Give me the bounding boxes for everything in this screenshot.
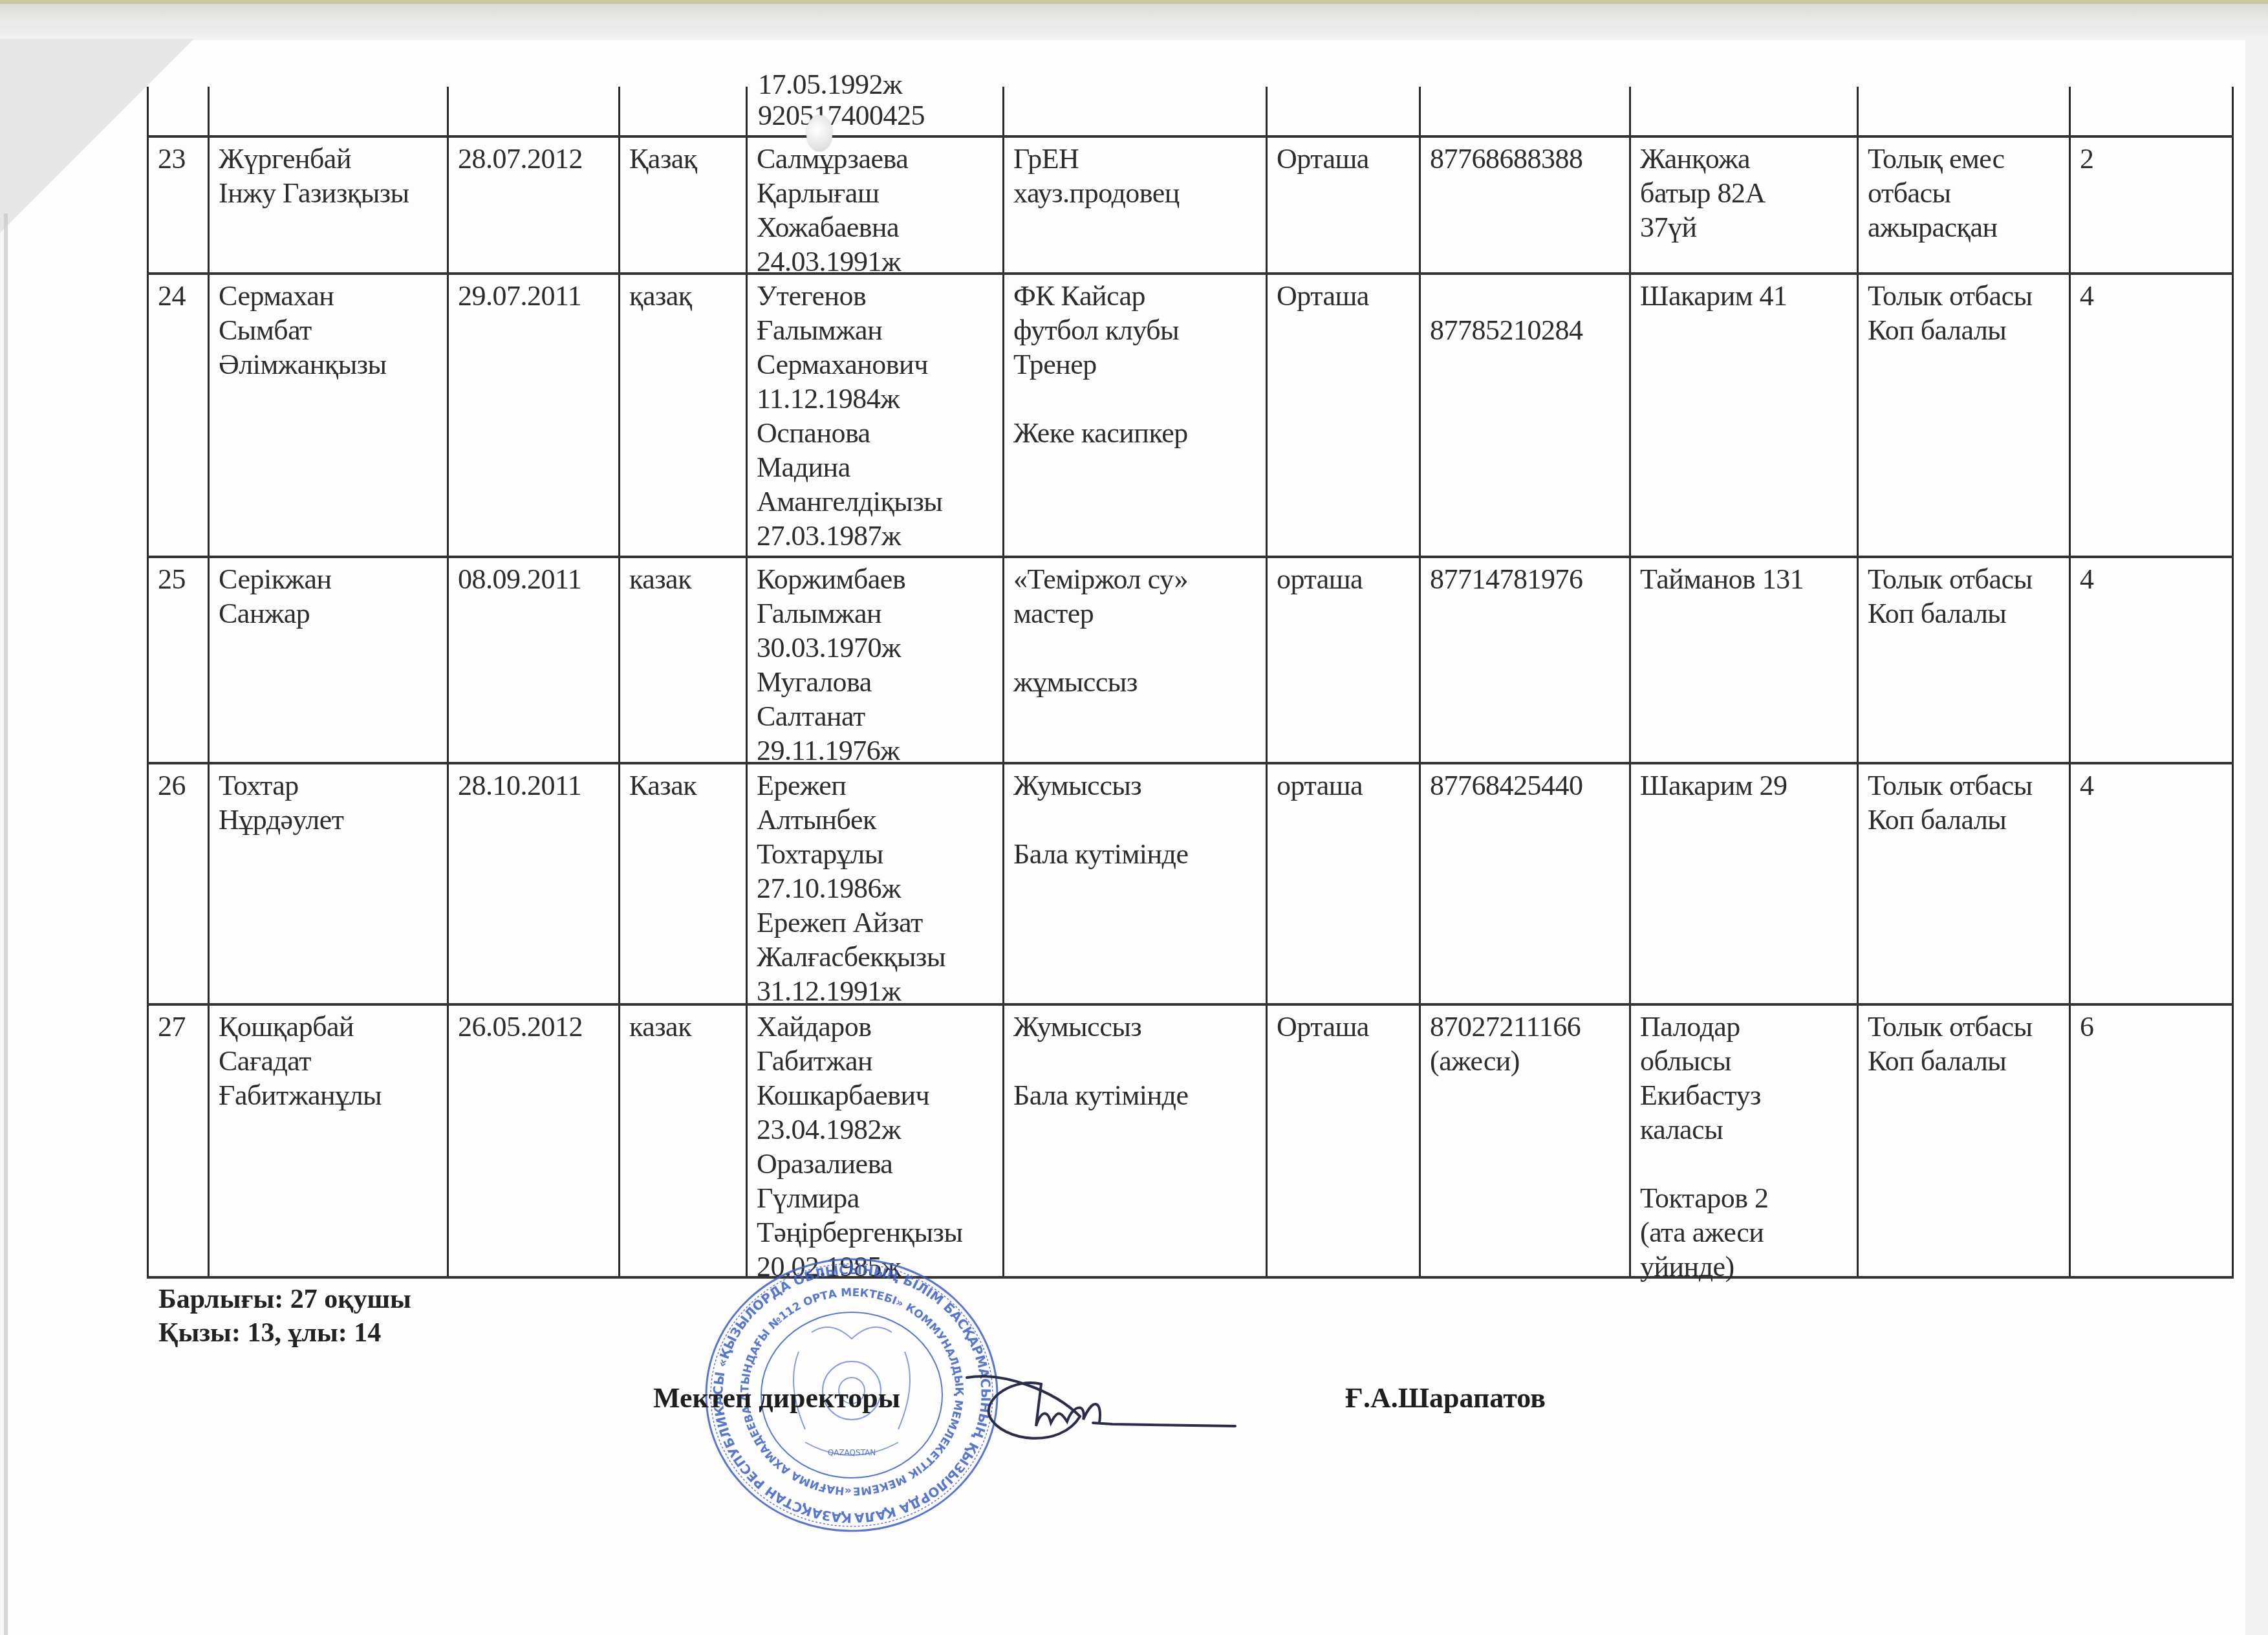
- birth-date: 28.10.2011: [458, 768, 615, 803]
- partial-row-parent-iin: 920517400425: [758, 98, 925, 133]
- column-border: [1419, 87, 1421, 1279]
- education: Орташа: [1277, 279, 1416, 313]
- nationality: Қазақ: [629, 142, 742, 176]
- phone: 87768688388: [1430, 142, 1626, 176]
- parents-work: «Теміржол су» мастер жұмыссыз: [1013, 562, 1262, 699]
- children-count: 4: [2080, 768, 2229, 803]
- total-students: Барлығы: 27 оқушы: [158, 1283, 411, 1316]
- nationality: қазақ: [629, 279, 742, 313]
- education: Орташа: [1277, 142, 1416, 176]
- student-name: Тохтар Нұрдәулет: [219, 768, 444, 837]
- director-label: Мектеп директоры: [653, 1381, 900, 1414]
- phone: 87785210284: [1430, 279, 1626, 347]
- student-name: Серікжан Санжар: [219, 562, 444, 631]
- signature-icon: [964, 1365, 1261, 1449]
- parents-work: Жумыссыз Бала кутімінде: [1013, 1010, 1262, 1112]
- birth-date: 08.09.2011: [458, 562, 615, 596]
- column-border: [147, 87, 149, 1279]
- education: орташа: [1277, 768, 1416, 803]
- column-border: [1002, 87, 1004, 1279]
- column-border: [2232, 87, 2234, 1279]
- student-name: Сермахан Сымбат Әлімжанқызы: [219, 279, 444, 382]
- student-name: Жүргенбай Інжу Газизқызы: [219, 142, 444, 210]
- column-border: [447, 87, 449, 1279]
- address: Палодар облысы Екибастуз каласы Токтаров…: [1640, 1010, 1853, 1284]
- row-border: [147, 556, 2234, 558]
- column-border: [1266, 87, 1268, 1279]
- phone: 87714781976: [1430, 562, 1626, 596]
- phone: 87027211166 (ажеси): [1430, 1010, 1626, 1078]
- row-number: 25: [158, 562, 204, 596]
- children-count: 2: [2080, 142, 2229, 176]
- birth-date: 28.07.2012: [458, 142, 615, 176]
- row-border: [147, 762, 2234, 764]
- parents: Салмұрзаева Қарлығаш Хожабаевна 24.03.19…: [757, 142, 999, 279]
- birth-date: 26.05.2012: [458, 1010, 615, 1044]
- row-number: 27: [158, 1010, 204, 1044]
- family-status: Толык отбасы Коп балалы: [1868, 1010, 2066, 1078]
- address: Жанқожа батыр 82А 37үй: [1640, 142, 1853, 244]
- parents-work: Жумыссыз Бала кутімінде: [1013, 768, 1262, 871]
- column-border: [208, 87, 210, 1279]
- row-number: 23: [158, 142, 204, 176]
- address: Шакарим 29: [1640, 768, 1853, 803]
- education: орташа: [1277, 562, 1416, 596]
- parents: Утегенов Ғалымжан Сермаханович 11.12.198…: [757, 279, 999, 553]
- director-name: Ғ.А.Шарапатов: [1345, 1381, 1546, 1414]
- parents-work: ГрЕН хауз.продовец: [1013, 142, 1262, 210]
- row-border: [147, 272, 2234, 275]
- nationality: казак: [629, 562, 742, 596]
- education: Орташа: [1277, 1010, 1416, 1044]
- column-border: [618, 87, 620, 1279]
- gender-breakdown: Қызы: 13, ұлы: 14: [158, 1317, 381, 1349]
- column-border: [746, 87, 748, 1279]
- parents-work: ФК Кайсар футбол клубы Тренер Жеке касип…: [1013, 279, 1262, 450]
- row-border: [147, 1003, 2234, 1006]
- row-border: [147, 135, 2234, 138]
- column-border: [2069, 87, 2071, 1279]
- children-count: 4: [2080, 562, 2229, 596]
- parents: Коржимбаев Галымжан 30.03.1970ж Мугалова…: [757, 562, 999, 768]
- parents: Ережеп Алтынбек Тохтарұлы 27.10.1986ж Ер…: [757, 768, 999, 1008]
- row-border: [147, 1276, 2234, 1279]
- family-status: Толык отбасы Коп балалы: [1868, 279, 2066, 347]
- parents: Хайдаров Габитжан Кошкарбаевич 23.04.198…: [757, 1010, 999, 1284]
- row-number: 26: [158, 768, 204, 803]
- phone: 87768425440: [1430, 768, 1626, 803]
- address: Шакарим 41: [1640, 279, 1853, 313]
- nationality: Казак: [629, 768, 742, 803]
- address: Тайманов 131: [1640, 562, 1853, 596]
- family-status: Толық емес отбасы ажырасқан: [1868, 142, 2066, 244]
- children-count: 6: [2080, 1010, 2229, 1044]
- nationality: казак: [629, 1010, 742, 1044]
- column-border: [1629, 87, 1631, 1279]
- stamp-center-text: QAZAQSTAN: [828, 1448, 876, 1457]
- row-number: 24: [158, 279, 204, 313]
- partial-row-parent-date: 17.05.1992ж: [758, 67, 902, 102]
- birth-date: 29.07.2011: [458, 279, 615, 313]
- family-status: Толык отбасы Коп балалы: [1868, 562, 2066, 631]
- family-status: Толык отбасы Коп балалы: [1868, 768, 2066, 837]
- children-count: 4: [2080, 279, 2229, 313]
- column-border: [1857, 87, 1859, 1279]
- student-name: Қошқарбай Сағадат Ғабитжанұлы: [219, 1010, 444, 1112]
